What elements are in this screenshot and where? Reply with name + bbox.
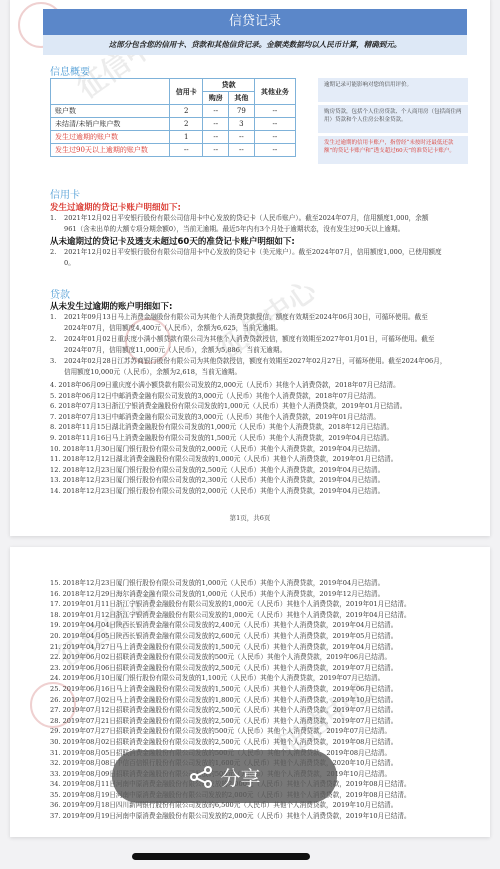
loan-item: 5. 2018年06月12日中邮消费金融有限公司发放的3,000元（人民币）其他… [50, 391, 475, 402]
card-item: 1.2021年12月02日平安银行股份有限公司信用卡中心发放的贷记卡（人民币账户… [50, 213, 470, 234]
loan-item: 37. 2019年09月19日河南中原消费金融股份有限公司发放的2,000元（人… [50, 811, 475, 822]
loan-item: 28. 2019年07月21日招联消费金融股份有限公司发放的2,500元（人民币… [50, 716, 475, 727]
item-number: 2. [50, 247, 64, 258]
normal-card-heading: 从未逾期过的贷记卡及透支未超过60天的准贷记卡账户明细如下: [50, 235, 295, 247]
cell-other: -- [229, 131, 255, 144]
note-housing-loan: 购房贷款，包括个人住房贷款、个人商用房（包括商住两用）贷款和个人住房公积金贷款。 [318, 105, 468, 133]
cell-other-business: -- [254, 118, 295, 131]
cell-other: -- [229, 144, 255, 157]
header-blank [51, 79, 170, 105]
loan-item: 20. 2019年04月05日陕西长银消费金融有限公司发放的2,600元（人民币… [50, 631, 475, 642]
summary-table: 信用卡 贷款 其他业务 购房 其他 账户数 2 -- 79 -- 未结清/未销户… [50, 78, 296, 157]
share-label: 分享 [221, 762, 261, 791]
cell-other-business: -- [254, 131, 295, 144]
loan-item: 6. 2018年07月13日浙江宁银消费金融股份有限公司发放的1,000元（人民… [50, 401, 475, 412]
item-text: 2021年12月02日平安银行股份有限公司信用卡中心发放的贷记卡（美元账户）。截… [64, 248, 442, 256]
loan-item: 15. 2018年12月23日厦门银行股份有限公司发放的1,000元（人民币）其… [50, 578, 475, 589]
loan-item: 11. 2018年12月12日湖北消费金融股份有限公司发放的1,000元（人民币… [50, 454, 475, 465]
credit-card-title: 信用卡 [50, 186, 80, 201]
row-label: 发生过90天以上逾期的账户数 [51, 144, 170, 157]
share-button[interactable]: 分享 [112, 750, 337, 803]
row-label: 账户数 [51, 105, 170, 118]
loans-title: 贷款 [50, 286, 70, 301]
row-label: 发生过逾期的账户数 [51, 131, 170, 144]
loan-item: 24. 2019年06月10日厦门银行股份有限公司发放的1,100元（人民币）其… [50, 673, 475, 684]
item-number: 1. [50, 213, 64, 224]
cell-credit-card: 2 [170, 105, 203, 118]
cell-credit-card: 1 [170, 131, 203, 144]
cell-housing: -- [203, 131, 229, 144]
item-number: 3. [50, 356, 64, 367]
header-loan: 贷款 [203, 79, 254, 92]
header-other: 其他 [229, 92, 255, 105]
item-number: 1. [50, 312, 64, 323]
item-number: 2. [50, 334, 64, 345]
item-text-cont: 2024年07月，信用额度4,400元（人民币），余额为6,625，当前无逾期。 [50, 323, 470, 334]
loans-heading: 从未发生过逾期的账户明细如下: [50, 300, 172, 312]
cell-other-business: -- [254, 105, 295, 118]
section-description: 这部分包含您的信用卡、贷款和其他信贷记录。金额类数据均以人民币计算，精确到元。 [43, 35, 467, 55]
cell-housing: -- [203, 144, 229, 157]
summary-row: 未结清/未销户账户数 2 -- 3 -- [51, 118, 296, 131]
loan-item: 16. 2018年12月29日海尔消费金融有限公司发放的1,000元（人民币）其… [50, 589, 475, 600]
loan-item: 1.2021年09月13日马上消费金融股份有限公司为其他个人消费贷款授信，额度有… [50, 312, 470, 333]
loan-item: 17. 2019年01月11日浙江宁银消费金融股份有限公司发放的1,000元（人… [50, 599, 475, 610]
loan-item: 25. 2019年06月16日马上消费金融股份有限公司发放的1,500元（人民币… [50, 684, 475, 695]
loan-list-page1: 4. 2018年06月09日重庆度小满小额贷款有限公司发放的2,000元（人民币… [50, 380, 475, 497]
cell-credit-card: -- [170, 144, 203, 157]
summary-row: 账户数 2 -- 79 -- [51, 105, 296, 118]
home-indicator[interactable] [132, 853, 310, 860]
cell-other: 3 [229, 118, 255, 131]
item-text: 2021年12月02日平安银行股份有限公司信用卡中心发放的贷记卡（人民币账户）。… [64, 214, 428, 222]
cell-other: 79 [229, 105, 255, 118]
header-credit-card: 信用卡 [170, 79, 203, 105]
loan-item: 23. 2019年06月06日招联消费金融股份有限公司发放的2,500元（人民币… [50, 663, 475, 674]
row-label: 未结清/未销户账户数 [51, 118, 170, 131]
loan-item: 13. 2018年12月23日厦门银行股份有限公司发放的2,300元（人民币）其… [50, 475, 475, 486]
item-text: 2024年02月28日江苏苏商银行股份有限公司为其他贷款授信，额度有效期至202… [64, 357, 446, 365]
note-overdue-card: 发生过逾期的信用卡账户，指曾经“未按时还最低还款额”的贷记卡账户和“透支超过60… [318, 136, 468, 164]
loan-item: 4. 2018年06月09日重庆度小满小额贷款有限公司发放的2,000元（人民币… [50, 380, 475, 391]
item-text-cont: 961（含未出单的大额专项分期余额0），当前无逾期。最近5年内有3个月处于逾期状… [50, 224, 470, 235]
item-text-cont: 信用额度10,000元（人民币），余额为2,618，当前无逾期。 [50, 367, 470, 378]
card-item: 2.2021年12月02日平安银行股份有限公司信用卡中心发放的贷记卡（美元账户）… [50, 247, 470, 268]
header-housing: 购房 [203, 92, 229, 105]
loan-item: 9. 2018年11月16日马上消费金融股份有限公司发放的1,500元（人民币）… [50, 433, 475, 444]
loan-item: 30. 2019年08月02日招联消费金融股份有限公司发放的2,500元（人民币… [50, 737, 475, 748]
loan-item: 29. 2019年07月27日招联消费金融股份有限公司发放的500元（人民币）其… [50, 726, 475, 737]
loan-item: 7. 2018年07月13日中邮消费金融有限公司发放的3,000元（人民币）其他… [50, 412, 475, 423]
loan-item: 21. 2019年04月27日马上消费金融股份有限公司发放的1,500元（人民币… [50, 642, 475, 653]
summary-notes: 逾期记录可能影响对您的信用评价。 购房贷款，包括个人住房贷款、个人商用房（包括商… [318, 78, 468, 167]
loan-item: 12. 2018年12月23日厦门银行股份有限公司发放的2,500元（人民币）其… [50, 465, 475, 476]
cell-credit-card: 2 [170, 118, 203, 131]
item-text: 2021年09月13日马上消费金融股份有限公司为其他个人消费贷款授信，额度有效期… [64, 313, 428, 321]
loan-item: 2.2024年01月02日重庆度小满小额贷款有限公司为其他个人消费贷款授信，额度… [50, 334, 470, 355]
cell-housing: -- [203, 105, 229, 118]
cell-housing: -- [203, 118, 229, 131]
summary-row: 发生过90天以上逾期的账户数 -- -- -- -- [51, 144, 296, 157]
item-text: 2024年01月02日重庆度小满小额贷款有限公司为其他个人消费贷款授信，额度有效… [64, 335, 434, 343]
section-banner: 信贷记录 [43, 9, 467, 35]
loan-item: 22. 2019年06月02日招联消费金融股份有限公司发放的500元（人民币）其… [50, 652, 475, 663]
header-other-business: 其他业务 [254, 79, 295, 105]
loan-item: 19. 2019年04月04日陕西长银消费金融有限公司发放的2,400元（人民币… [50, 620, 475, 631]
summary-title: 信息概要 [50, 63, 90, 78]
overdue-card-heading: 发生过逾期的贷记卡账户明细如下: [50, 201, 181, 213]
summary-row: 发生过逾期的账户数 1 -- -- -- [51, 131, 296, 144]
loan-item: 8. 2018年11月15日湖北消费金融股份有限公司发放的1,000元（人民币）… [50, 422, 475, 433]
page-indicator: 第1页，共6页 [10, 513, 490, 522]
share-icon [189, 765, 213, 789]
item-text-cont: 2024年07月，信用额度11,000元（人民币），余额为5,886，当前无逾期… [50, 345, 470, 356]
loan-item: 26. 2019年07月02日马上消费金融股份有限公司发放的1,800元（人民币… [50, 695, 475, 706]
loan-item: 10. 2018年11月30日厦门银行股份有限公司发放的2,000元（人民币）其… [50, 444, 475, 455]
note-overdue: 逾期记录可能影响对您的信用评价。 [318, 78, 468, 102]
loan-item: 3.2024年02月28日江苏苏商银行股份有限公司为其他贷款授信，额度有效期至2… [50, 356, 470, 377]
item-text-cont: 0。 [50, 258, 470, 269]
report-page-1: 征信中心 征信中心 信贷记录 这部分包含您的信用卡、贷款和其他信贷记录。金额类数… [10, 0, 490, 536]
loan-item: 14. 2018年12月23日厦门银行股份有限公司发放的2,000元（人民币）其… [50, 486, 475, 497]
cell-other-business: -- [254, 144, 295, 157]
loan-item: 18. 2019年01月12日浙江宁银消费金融股份有限公司发放的1,000元（人… [50, 610, 475, 621]
loan-item: 27. 2019年07月12日招联消费金融股份有限公司发放的2,500元（人民币… [50, 705, 475, 716]
